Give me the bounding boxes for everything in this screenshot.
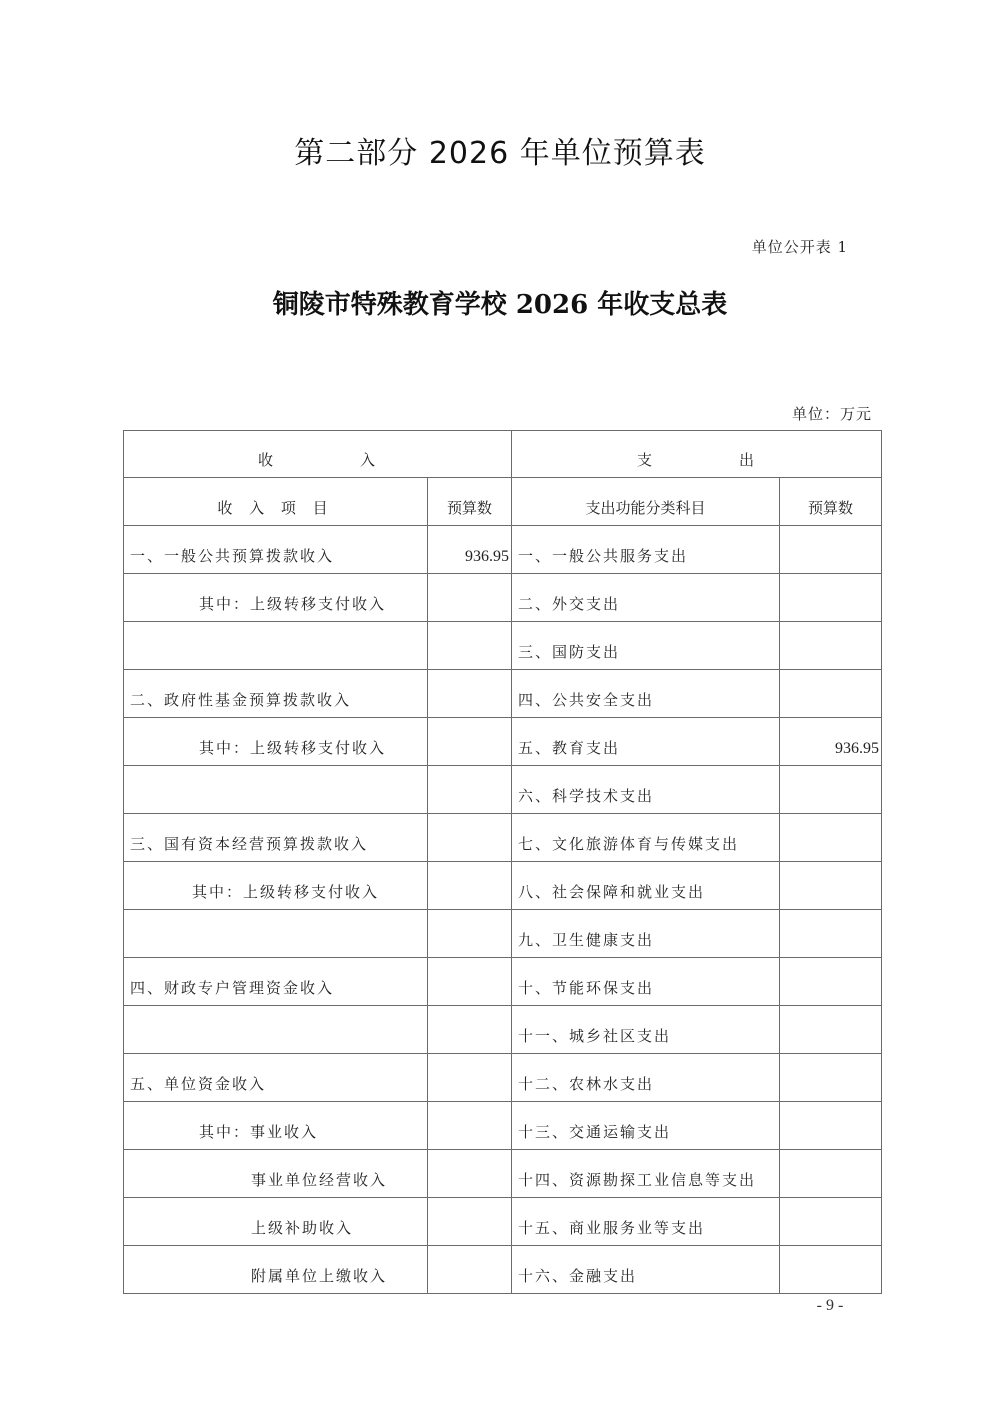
income-budget-cell	[428, 670, 512, 718]
part-title: 第二部分 2026 年单位预算表	[0, 128, 1000, 172]
table-row: 六、科学技术支出	[124, 766, 882, 814]
income-budget-cell	[428, 1246, 512, 1294]
expense-item-column-header: 支出功能分类科目	[512, 478, 780, 526]
expense-budget-cell	[780, 862, 882, 910]
income-budget-cell	[428, 862, 512, 910]
income-budget-column-header: 预算数	[428, 478, 512, 526]
expense-item-cell: 十、节能环保支出	[512, 958, 780, 1006]
expense-item-cell: 一、一般公共服务支出	[512, 526, 780, 574]
expense-budget-cell	[780, 670, 882, 718]
expense-item-cell: 十四、资源勘探工业信息等支出	[512, 1150, 780, 1198]
income-budget-cell	[428, 574, 512, 622]
table-row: 三、国防支出	[124, 622, 882, 670]
income-budget-cell	[428, 1054, 512, 1102]
table-row: 四、财政专户管理资金收入十、节能环保支出	[124, 958, 882, 1006]
income-item-cell: 其中：事业收入	[124, 1102, 428, 1150]
income-budget-cell	[428, 958, 512, 1006]
income-item-cell: 附属单位上缴收入	[124, 1246, 428, 1294]
table-row: 三、国有资本经营预算拨款收入七、文化旅游体育与传媒支出	[124, 814, 882, 862]
income-item-cell: 二、政府性基金预算拨款收入	[124, 670, 428, 718]
expense-budget-cell	[780, 1198, 882, 1246]
expense-item-cell: 十二、农林水支出	[512, 1054, 780, 1102]
form-code-label: 单位公开表 1	[700, 236, 848, 257]
expense-budget-cell	[780, 526, 882, 574]
column-header-row: 收 入 项 目 预算数 支出功能分类科目 预算数	[124, 478, 882, 526]
income-item-cell: 上级补助收入	[124, 1198, 428, 1246]
table-row: 九、卫生健康支出	[124, 910, 882, 958]
income-budget-cell	[428, 1102, 512, 1150]
table-row: 其中：上级转移支付收入二、外交支出	[124, 574, 882, 622]
expense-item-cell: 十三、交通运输支出	[512, 1102, 780, 1150]
expense-budget-cell	[780, 1102, 882, 1150]
table-row: 其中：上级转移支付收入八、社会保障和就业支出	[124, 862, 882, 910]
income-item-cell: 其中：上级转移支付收入	[124, 574, 428, 622]
income-item-cell: 其中：上级转移支付收入	[124, 718, 428, 766]
unit-label: 单位：万元	[700, 403, 872, 424]
income-item-cell: 其中：上级转移支付收入	[124, 862, 428, 910]
table-row: 事业单位经营收入十四、资源勘探工业信息等支出	[124, 1150, 882, 1198]
expense-item-cell: 二、外交支出	[512, 574, 780, 622]
expense-budget-cell	[780, 1054, 882, 1102]
expense-item-cell: 十五、商业服务业等支出	[512, 1198, 780, 1246]
income-budget-cell	[428, 718, 512, 766]
expense-item-cell: 三、国防支出	[512, 622, 780, 670]
table-row: 一、一般公共预算拨款收入936.95一、一般公共服务支出	[124, 526, 882, 574]
expense-item-cell: 六、科学技术支出	[512, 766, 780, 814]
expense-item-cell: 十六、金融支出	[512, 1246, 780, 1294]
table-row: 附属单位上缴收入十六、金融支出	[124, 1246, 882, 1294]
income-budget-cell	[428, 1198, 512, 1246]
income-item-cell	[124, 766, 428, 814]
table-row: 十一、城乡社区支出	[124, 1006, 882, 1054]
table-title: 铜陵市特殊教育学校 2026 年收支总表	[0, 284, 1000, 321]
expense-item-cell: 八、社会保障和就业支出	[512, 862, 780, 910]
expense-budget-cell	[780, 958, 882, 1006]
table-row: 二、政府性基金预算拨款收入四、公共安全支出	[124, 670, 882, 718]
expense-budget-cell	[780, 574, 882, 622]
income-group-header: 收 入	[124, 431, 512, 478]
income-budget-cell	[428, 910, 512, 958]
expense-budget-cell	[780, 1246, 882, 1294]
income-budget-cell	[428, 1006, 512, 1054]
expense-budget-column-header: 预算数	[780, 478, 882, 526]
income-item-cell: 事业单位经营收入	[124, 1150, 428, 1198]
table-row: 其中：事业收入十三、交通运输支出	[124, 1102, 882, 1150]
expense-budget-cell	[780, 622, 882, 670]
expense-item-cell: 七、文化旅游体育与传媒支出	[512, 814, 780, 862]
income-item-cell	[124, 1006, 428, 1054]
income-budget-cell	[428, 1150, 512, 1198]
income-item-cell: 一、一般公共预算拨款收入	[124, 526, 428, 574]
header-group-row: 收 入 支 出	[124, 431, 882, 478]
expense-budget-cell	[780, 1006, 882, 1054]
expense-item-cell: 九、卫生健康支出	[512, 910, 780, 958]
income-budget-cell	[428, 814, 512, 862]
income-item-cell	[124, 910, 428, 958]
table-row: 其中：上级转移支付收入五、教育支出936.95	[124, 718, 882, 766]
income-budget-cell	[428, 622, 512, 670]
income-item-cell: 四、财政专户管理资金收入	[124, 958, 428, 1006]
expense-budget-cell: 936.95	[780, 718, 882, 766]
income-item-cell: 三、国有资本经营预算拨款收入	[124, 814, 428, 862]
budget-summary-table: 收 入 支 出 收 入 项 目 预算数 支出功能分类科目 预算数 一、一般公共预…	[123, 430, 882, 1294]
income-budget-cell: 936.95	[428, 526, 512, 574]
expense-budget-cell	[780, 910, 882, 958]
table-row: 五、单位资金收入十二、农林水支出	[124, 1054, 882, 1102]
table-row: 上级补助收入十五、商业服务业等支出	[124, 1198, 882, 1246]
income-item-cell	[124, 622, 428, 670]
income-item-cell: 五、单位资金收入	[124, 1054, 428, 1102]
page-number: - 9 -	[800, 1297, 860, 1315]
income-item-column-header: 收 入 项 目	[124, 478, 428, 526]
income-budget-cell	[428, 766, 512, 814]
expense-budget-cell	[780, 814, 882, 862]
expense-item-cell: 十一、城乡社区支出	[512, 1006, 780, 1054]
expense-group-header: 支 出	[512, 431, 882, 478]
expense-budget-cell	[780, 766, 882, 814]
expense-item-cell: 四、公共安全支出	[512, 670, 780, 718]
expense-item-cell: 五、教育支出	[512, 718, 780, 766]
expense-budget-cell	[780, 1150, 882, 1198]
